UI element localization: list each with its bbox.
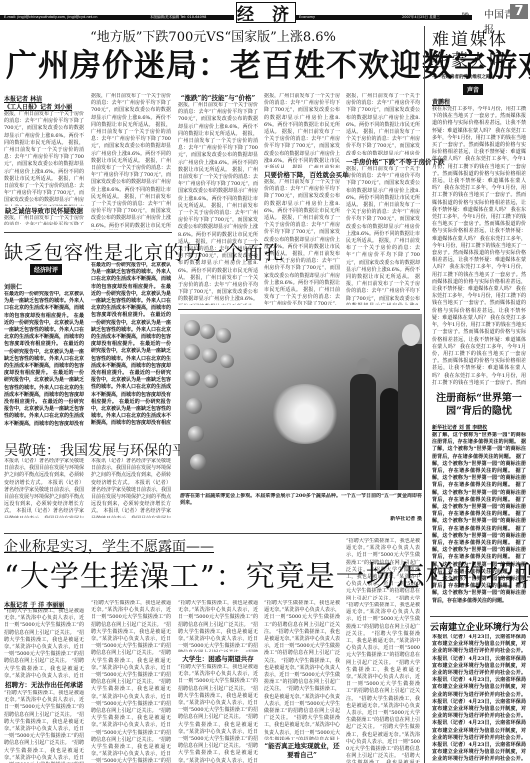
lead-body-col-2: 据报，广州日前发布了一个关于房价的消息：去年“广州房价平均下降了700元”，而国…: [91, 93, 171, 230]
commentary-byline: 刘崇仁: [4, 282, 22, 291]
sidebar-story3-divider: [430, 616, 528, 617]
photo-credit: 新华社记者 摄: [380, 516, 422, 523]
sidebar-story3-headline: 云南建立企业环境行为公开制度: [430, 620, 528, 633]
sidebar-tag: 声音: [463, 84, 483, 95]
sidebar-subtitle: ——名购房者的劳动维权之路: [432, 74, 491, 80]
commentary-headline: 缺乏包容性是北京的另一个面孔: [4, 238, 284, 265]
divider-photo: [178, 309, 420, 310]
lead-subhead-1: “涨跌”的“技能”与“价格”: [178, 93, 258, 102]
feature-body-col-5a: “招聘大学生做搓澡工，我也是被逼无奈。”某洗浴中心负责人表示，近日一则“5000…: [346, 538, 420, 600]
lead-body-col-1b: 据报，广州日前发布了一个关于房价的消息：去年“广州房价平均下降了700元”，而国…: [4, 215, 84, 225]
sidebar-divider: [424, 26, 425, 763]
lead-subhead-4: 一手房价格“下跌”不等于房价下跌: [346, 157, 420, 166]
feature-body-col-3a: “招聘大学生做搓澡工，我也是被逼无奈。”某洗浴中心负责人表示，近日一则“5000…: [178, 600, 258, 652]
commentary-body-col-1: 在最近的一份研究报告中，北京被认为是一座缺乏包容性的城市。外来人口在北京的生活成…: [4, 291, 84, 426]
feature-body-col-1a: “招聘大学生做搓澡工，我也是被逼无奈。”某洗浴中心负责人表示，近日一则“5000…: [4, 608, 84, 678]
lead-body-col-1: 据报，广州日前发布了一个关于房价的消息：去年“广州房价平均下降了700元”，而国…: [4, 111, 84, 206]
lead-body-col-5b: 据报，广州日前发布了一个关于房价的消息：去年“广州房价平均下降了700元”，而国…: [346, 166, 420, 305]
masthead: E-mail: jingji@chinayouthdaily.com, jing…: [0, 0, 530, 24]
sidebar-story2-body: 据了解，这个被称为“世界第一园”的商标注册背后，存在诸多值得关注的问题。 据了解…: [432, 432, 526, 612]
commentary-tag: 经济时评: [30, 264, 62, 275]
masthead-bar-right: [296, 15, 472, 20]
feature-kicker: 企业称是实习，学生不愿露面——: [4, 536, 214, 556]
lead-subhead-3: 缺乏诚信导致市民怀疑数据: [4, 206, 84, 215]
interview-body-col-2: 本报讯（记者）著名经济学家吴敬琏日前表示，我国目前在发展与环境保护之间的平衡点远…: [91, 458, 171, 518]
masthead-editor-phone: 本版编辑/美术编辑 Tel: 010-64098: [150, 14, 206, 21]
divider-commentary: [4, 232, 172, 233]
feature-body-col-3b: “招聘大学生做搓澡工，我也是被逼无奈。”某洗浴中心负责人表示，近日一则“5000…: [178, 664, 258, 763]
lead-body-col-4a: 据报，广州日前发布了一个关于房价的消息：去年“广州房价平均下降了700元”，而国…: [264, 93, 340, 168]
feature-subhead-3: “能否真正地实现就业，还要看自己”: [264, 741, 340, 759]
section-title-en: Economy: [299, 14, 315, 21]
masthead-email: E-mail: jingji@chinayouthdaily.com, jing…: [4, 14, 97, 21]
feature-body-col-4a: “招聘大学生做搓澡工，我也是被逼无奈。”某洗浴中心负责人表示，近日一则“5000…: [264, 600, 340, 740]
sidebar-body: 我在东莞打工多年，今年1月份，用打工攒下的钱在当地买了一套房子。然而媒体报道的价…: [432, 106, 526, 386]
lead-subhead-2: 只要价格下降，百姓就会买单: [264, 170, 340, 179]
sidebar-story2-byline: 新华社记者 刘 雷 李晓枚: [432, 424, 487, 431]
feature-body-col-1b: “招聘大学生做搓澡工，我也是被逼无奈。”某洗浴中心负责人表示，近日一则“5000…: [4, 690, 84, 763]
sidebar-story2-headline: 注册商标“世界第一园”背后的隐忧: [432, 392, 526, 418]
sidebar-story3-body: 本报讯（记者）4月23日，云南省环保局宣布建立企业环境行为信息公开制度，对企业的…: [432, 634, 526, 763]
feature-body-col-5b: “招聘大学生做搓澡工，我也是被逼无奈。”某洗浴中心负责人表示，近日一则“5000…: [346, 602, 420, 763]
feature-body-col-2: “招聘大学生做搓澡工，我也是被逼无奈。”某洗浴中心负责人表示，近日一则“5000…: [91, 600, 171, 763]
lead-byline-2: 《工人日报》记者 刘小丽: [4, 102, 72, 111]
sidebar-byline: 黄鹏程: [432, 97, 450, 106]
sidebar-headline: 难道媒体在蒙人吗: [432, 30, 526, 72]
issue-date: 2007年4月25日 星期三: [402, 14, 440, 21]
interview-body-col-1: 本报讯（记者）著名经济学家吴敬琏日前表示，我国目前在发展与环境保护之间的平衡点远…: [4, 458, 84, 518]
divider-feature: [4, 533, 422, 534]
section-title: 经 济: [236, 2, 296, 23]
commentary-body-col-2: 在最近的一份研究报告中，北京被认为是一座缺乏包容性的城市。外来人口在北京的生活成…: [91, 262, 171, 426]
lead-body-col-5a: 据报，广州日前发布了一个关于房价的消息：去年“广州房价平均下降了700元”，而国…: [346, 93, 420, 155]
feature-subhead-2: 大学生：困惑与期望共存: [178, 654, 258, 663]
feature-subhead-1: 招聘方：无法作出任何承诺: [4, 680, 84, 689]
news-photo: [180, 314, 422, 490]
page-number: 7: [510, 4, 528, 19]
lead-body-col-3: 据报，广州日前发布了一个关于房价的消息：去年“广州房价平均下降了700元”，而国…: [178, 102, 258, 305]
decorative-stripes-icon: \\\\\: [462, 12, 469, 20]
